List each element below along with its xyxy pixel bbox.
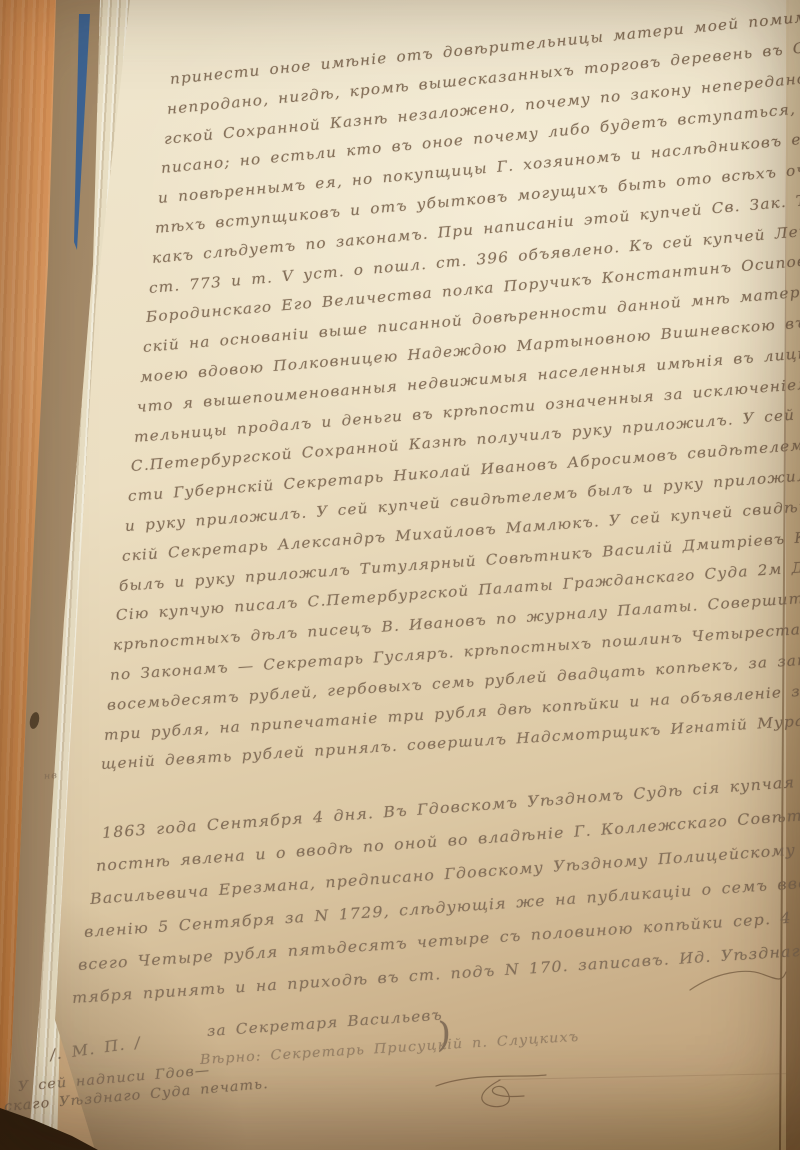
handwritten-line: нв [44,771,59,782]
manuscript-photo: принести оное имѣніе отъ довѣрительницы … [0,0,800,1150]
signature-paraph-flourish [428,1068,558,1123]
pen-flourish-line-end [688,960,788,1000]
